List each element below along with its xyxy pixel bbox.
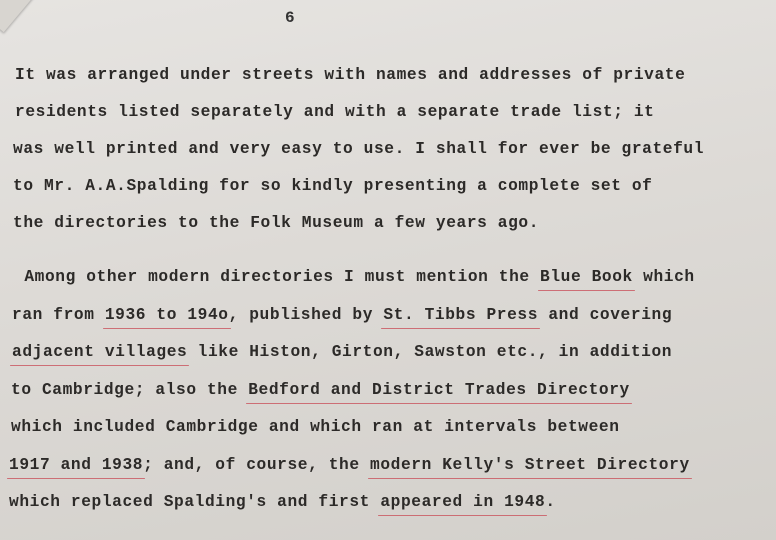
- underlined-phrase: Bedford and District Trades Directory: [248, 381, 630, 399]
- underlined-phrase: St. Tibbs Press: [383, 306, 538, 324]
- text-line: It was arranged under streets with names…: [15, 66, 685, 84]
- text-run: and covering: [538, 306, 672, 324]
- text-line: to Cambridge; also the Bedford and Distr…: [11, 381, 630, 399]
- underlined-phrase: 1917 and 1938: [9, 456, 143, 474]
- text-run: the directories to the Folk Museum a few…: [13, 214, 539, 232]
- underlined-phrase: modern Kelly's Street Directory: [370, 456, 690, 474]
- text-line: the directories to the Folk Museum a few…: [13, 214, 539, 232]
- text-run: Among other modern directories I must me…: [14, 268, 540, 286]
- underlined-phrase: appeared in 1948: [380, 493, 545, 511]
- page-number: 6: [285, 9, 295, 27]
- underlined-phrase: 1936 to 194o: [105, 306, 229, 324]
- text-run: which included Cambridge and which ran a…: [11, 418, 620, 436]
- text-run: ran from: [12, 306, 105, 324]
- text-run: residents listed separately and with a s…: [15, 103, 654, 121]
- text-line: residents listed separately and with a s…: [15, 103, 654, 121]
- text-run: It was arranged under streets with names…: [15, 66, 685, 84]
- text-run: , published by: [229, 306, 384, 324]
- underlined-phrase: adjacent villages: [12, 343, 187, 361]
- text-line: which included Cambridge and which ran a…: [11, 418, 620, 436]
- text-line: Among other modern directories I must me…: [14, 268, 695, 286]
- text-line: which replaced Spalding's and first appe…: [9, 493, 556, 511]
- text-run: ; and, of course, the: [143, 456, 370, 474]
- text-line: was well printed and very easy to use. I…: [13, 140, 704, 158]
- text-line: to Mr. A.A.Spalding for so kindly presen…: [13, 177, 652, 195]
- text-run: to Cambridge; also the: [11, 381, 248, 399]
- text-line: adjacent villages like Histon, Girton, S…: [12, 343, 672, 361]
- text-line: 1917 and 1938; and, of course, the moder…: [9, 456, 690, 474]
- text-run: was well printed and very easy to use. I…: [13, 140, 704, 158]
- paper-curled-corner: [0, 0, 42, 32]
- text-run: which: [633, 268, 695, 286]
- text-run: like Histon, Girton, Sawston etc., in ad…: [187, 343, 672, 361]
- text-run: to Mr. A.A.Spalding for so kindly presen…: [13, 177, 652, 195]
- text-run: .: [545, 493, 555, 511]
- text-line: ran from 1936 to 194o, published by St. …: [12, 306, 672, 324]
- text-run: which replaced Spalding's and first: [9, 493, 380, 511]
- underlined-phrase: Blue Book: [540, 268, 633, 286]
